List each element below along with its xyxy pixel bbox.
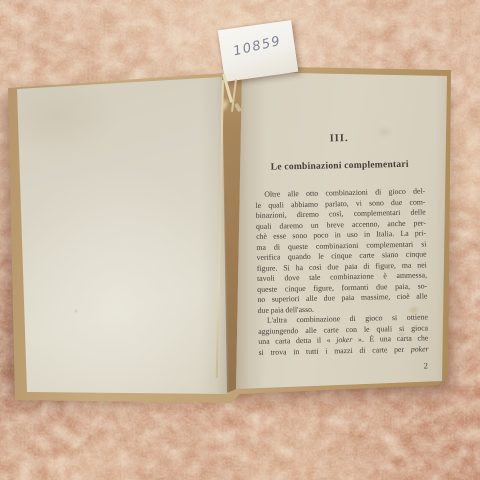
page-text: III. Le combinazioni complementari Oltre… <box>254 130 429 374</box>
chapter-number: III. <box>254 130 424 147</box>
chapter-heading: Le combinazioni complementari <box>255 158 425 174</box>
body-text: Oltre alle otto combinazioni di gioco de… <box>255 186 428 358</box>
handwritten-number: 10859 <box>220 31 295 62</box>
photo-open-vintage-book: III. Le combinazioni complementari Oltre… <box>0 0 480 480</box>
left-blank-page <box>16 76 230 396</box>
inventory-slip: 10859 <box>218 20 299 82</box>
